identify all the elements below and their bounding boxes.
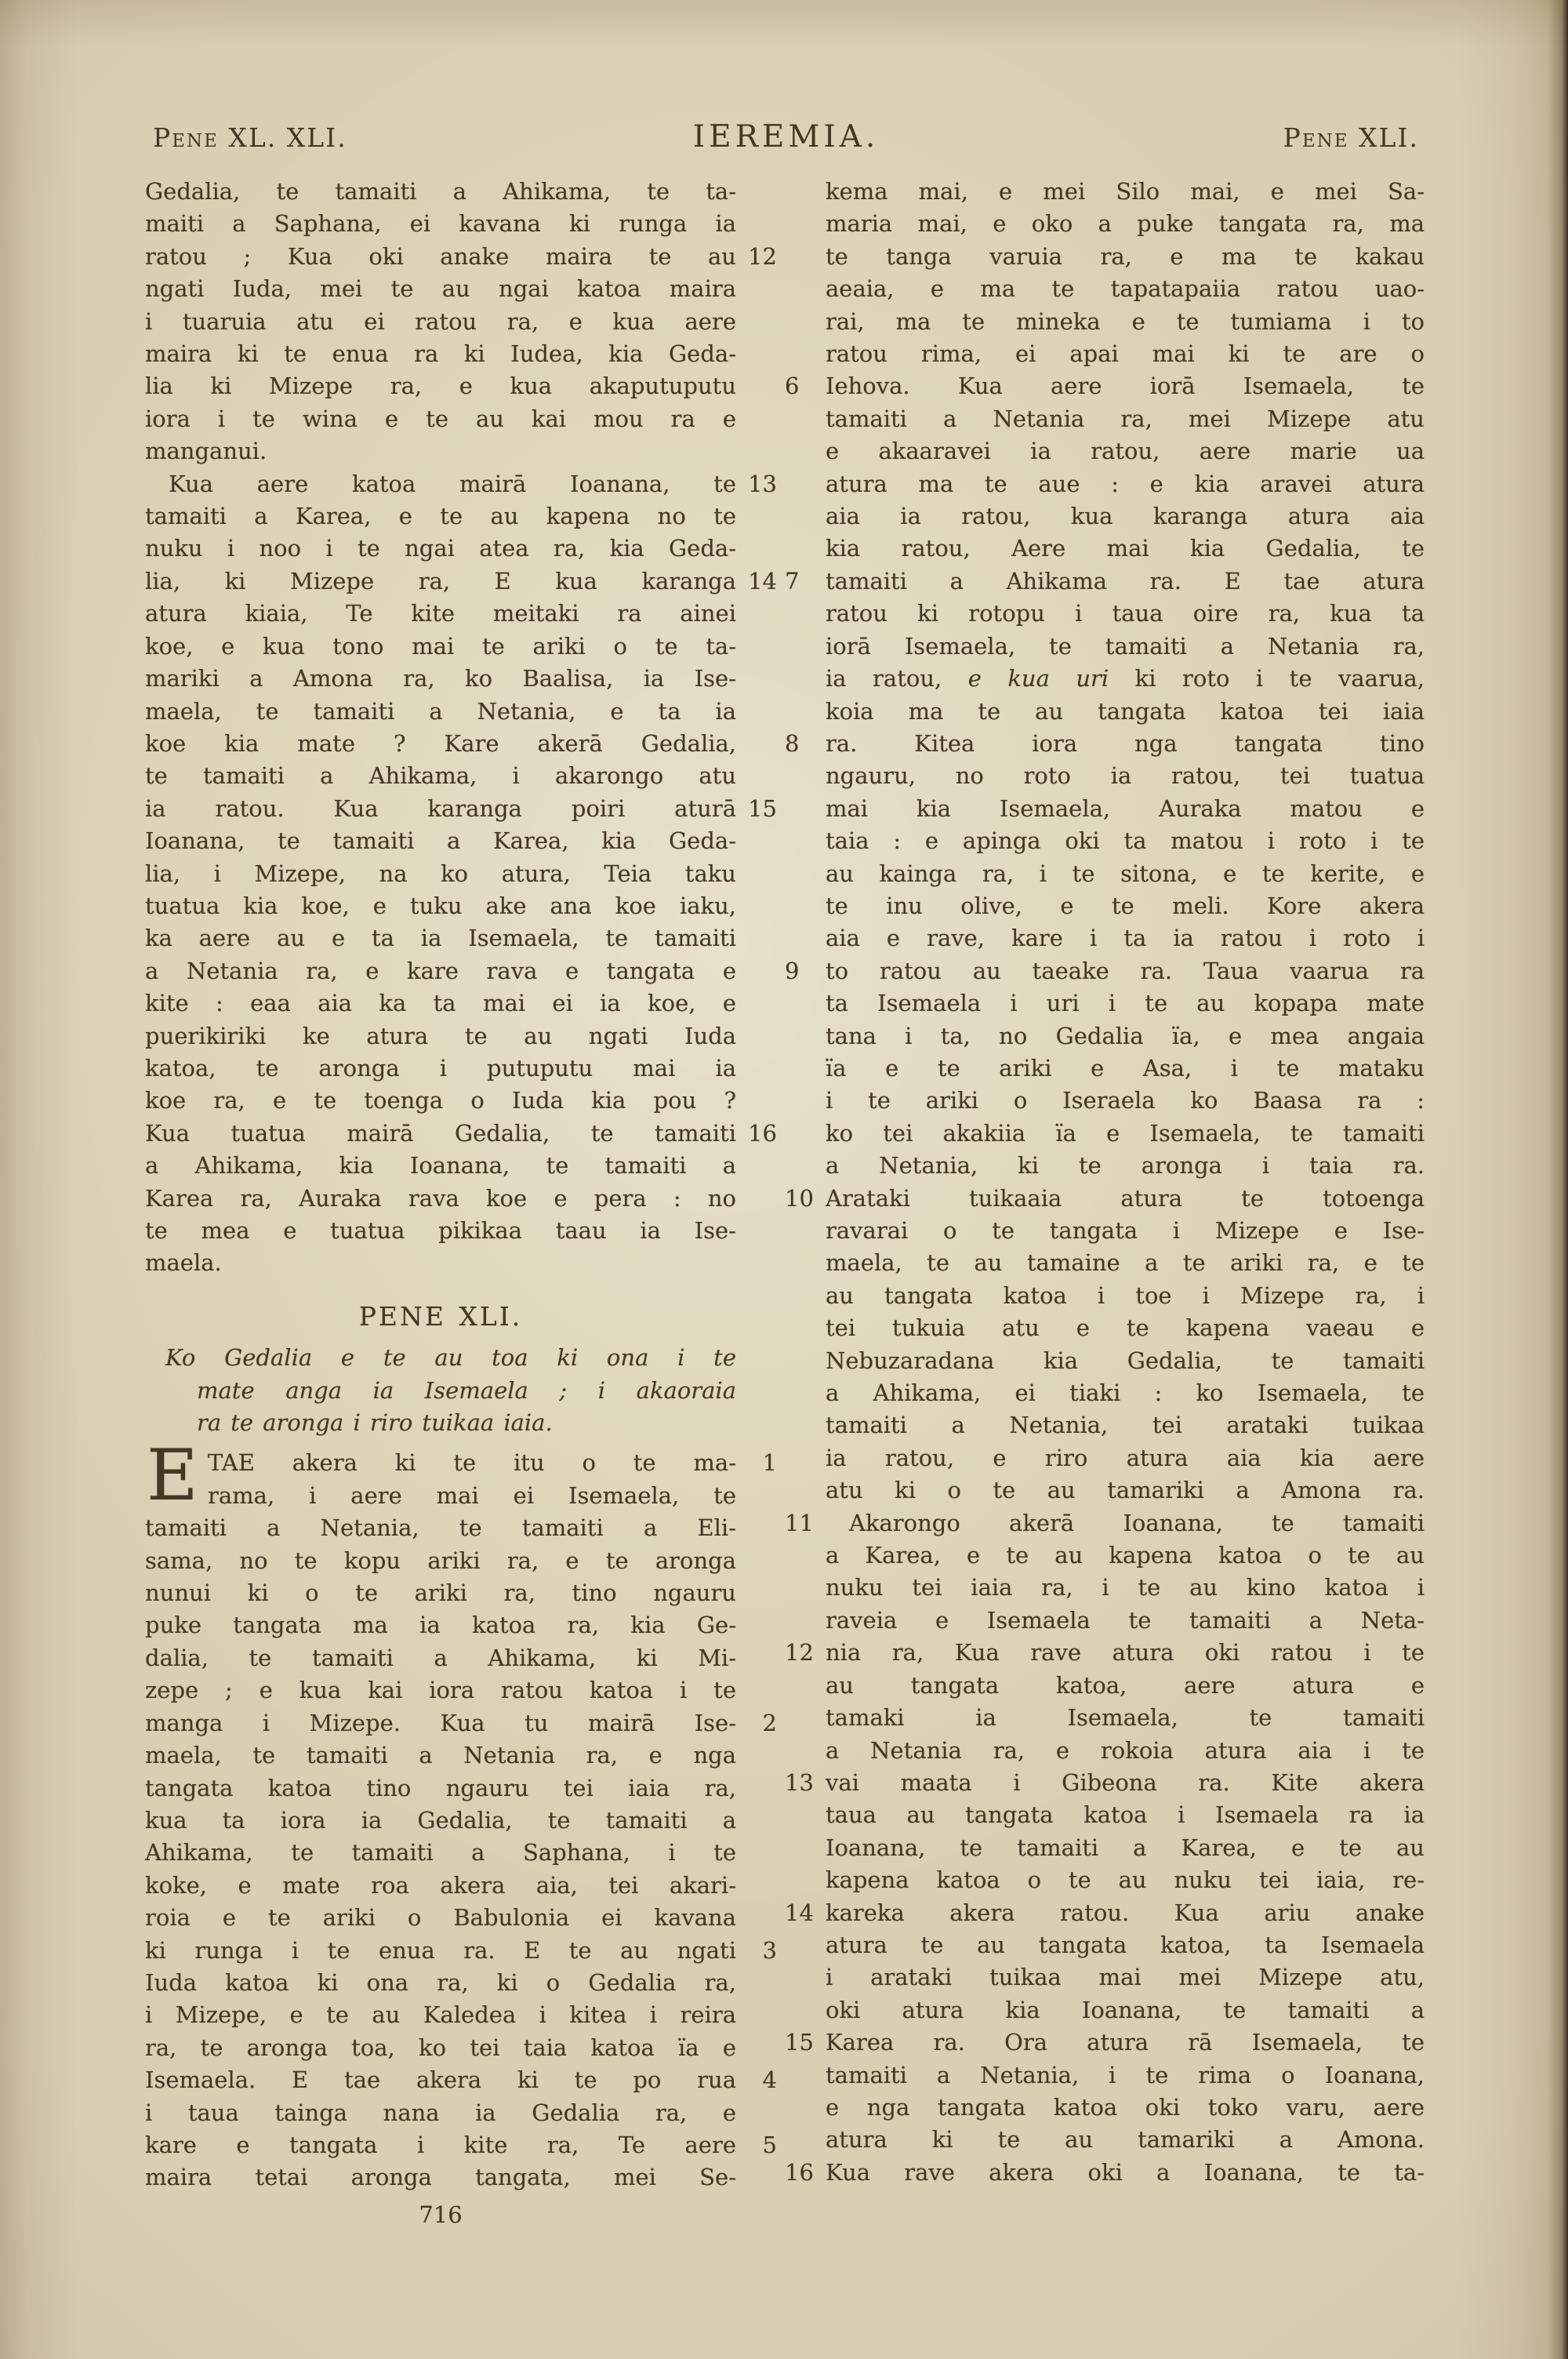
verse-number: 16	[785, 2157, 826, 2189]
verse-text: kia ratou, Aere mai kia Gedalia, te	[826, 533, 1425, 565]
text-line: ngati Iuda, mei te au ngai katoa maira	[145, 273, 777, 305]
verse-number: 16	[736, 1118, 777, 1150]
verse-text: ngati Iuda, mei te au ngai katoa maira	[145, 273, 736, 305]
verse-text: ïa e te ariki e Asa, i te mataku	[826, 1052, 1425, 1085]
text-line: e akaaravei ia ratou, aere marie ua	[785, 435, 1425, 467]
verse-text: puerikiriki ke atura te au ngati Iuda	[145, 1020, 736, 1052]
verse-number: 7	[785, 565, 826, 598]
text-line: tana i ta, no Gedalia ïa, e mea angaia	[785, 1020, 1425, 1052]
text-line: te inu olive, e te meli. Kore akera	[785, 890, 1425, 922]
verse-number-spacer	[736, 1805, 777, 1837]
verse-text: ratou ki rotopu i taua oire ra, kua ta	[826, 598, 1425, 630]
verse-number-spacer	[785, 338, 826, 370]
verse-text: tamaiti a Netania ra, mei Mizepe atu	[826, 403, 1425, 435]
verse-text: lia, i Mizepe, na ko atura, Teia taku	[145, 858, 736, 890]
verse-text: ravarai o te tangata i Mizepe e Ise-	[826, 1215, 1425, 1247]
chapter-summary-row: Ko Gedalia e te au toa ki ona i te	[145, 1342, 777, 1374]
verse-number-spacer	[736, 1642, 777, 1674]
text-line: atura ki te au tamariki a Amona.	[785, 2124, 1425, 2156]
verse-text: iora i te wina e te au kai mou ra e	[145, 403, 736, 435]
verse-number: 12	[785, 1637, 826, 1669]
verse-number-spacer	[736, 273, 777, 305]
verse-text: Karea ra. Ora atura rā Isemaela, te	[826, 2026, 1425, 2059]
text-line: ki runga i te enua ra. E te au ngati3	[145, 1935, 777, 1967]
text-line: a Ahikama, ei tiaki : ko Isemaela, te	[785, 1377, 1425, 1409]
verse-text: maiti a Saphana, ei kavana ki runga ia	[145, 208, 736, 240]
text-line: Ioanana, te tamaiti a Karea, kia Geda-	[145, 825, 777, 857]
verse-number-spacer	[785, 1929, 826, 1961]
text-line: aeaia, e ma te tapatapaiia ratou uao-	[785, 273, 1425, 305]
text-line: 6Iehova. Kua aere iorā Isemaela, te	[785, 370, 1425, 402]
text-line: mariki a Amona ra, ko Baalisa, ia Ise-	[145, 663, 777, 695]
book-page: Pene XL. XLI. IEREMIA. Pene XLI. Gedalia…	[0, 0, 1568, 2359]
verse-text: nuku tei iaia ra, i te au kino katoa i	[826, 1572, 1425, 1604]
verse-text: te tamaiti a Ahikama, i akarongo atu	[145, 760, 736, 792]
verse-text: ia ratou, e riro atura aia kia aere	[826, 1442, 1425, 1474]
verse-text: a Karea, e te au kapena katoa o te au	[826, 1539, 1425, 1572]
text-line: atura te au tangata katoa, ta Isemaela	[785, 1929, 1425, 1961]
text-line: maria mai, e oko a puke tangata ra, ma	[785, 208, 1425, 240]
text-line: a Netania, ki te aronga i taia ra.	[785, 1150, 1425, 1182]
verse-number: 10	[785, 1183, 826, 1215]
text-line: 16Kua rave akera oki a Ioanana, te ta-	[785, 2157, 1425, 2189]
verse-number-spacer	[785, 176, 826, 208]
verse-text: e akaaravei ia ratou, aere marie ua	[826, 435, 1425, 467]
verse-number-spacer	[736, 631, 777, 663]
verse-number-spacer	[736, 1215, 777, 1247]
text-line: 7tamaiti a Ahikama ra. E tae atura	[785, 565, 1425, 598]
verse-number: 4	[736, 2064, 777, 2096]
verse-text: taua au tangata katoa i Isemaela ra ia	[826, 1799, 1425, 1831]
verse-number-spacer	[785, 435, 826, 467]
verse-text: Ioanana, te tamaiti a Karea, e te au	[826, 1832, 1425, 1864]
text-line: nuku i noo i te ngai atea ra, kia Geda-	[145, 533, 777, 565]
verse-text: sama, no te kopu ariki ra, e te aronga	[145, 1545, 736, 1577]
verse-text: i te ariki o Iseraela ko Baasa ra :	[826, 1085, 1425, 1117]
verse-number-spacer	[736, 2032, 777, 2064]
verse-number-spacer	[785, 1994, 826, 2026]
verse-text: maela, te tamaiti a Netania, e ta ia	[145, 696, 736, 728]
text-line: nunui ki o te ariki ra, tino ngauru	[145, 1577, 777, 1609]
text-line: atura ma te aue : e kia aravei atura	[785, 468, 1425, 500]
verse-text: tamaiti a Netania, i te rima o Ioanana,	[826, 2059, 1425, 2092]
verse-text: lia, ki Mizepe ra, E kua karanga	[145, 565, 736, 598]
verse-number-spacer	[785, 760, 826, 792]
verse-number-spacer	[736, 760, 777, 792]
text-line: ka aere au e ta ia Isemaela, te tamaiti	[145, 922, 777, 954]
text-line: dalia, te tamaiti a Ahikama, ki Mi-	[145, 1642, 777, 1674]
chapter-summary-line: Ko Gedalia e te au toa ki ona i te	[145, 1342, 736, 1374]
text-line: raveia e Isemaela te tamaiti a Neta-	[785, 1605, 1425, 1637]
text-line: 11Akarongo akerā Ioanana, te tamaiti	[785, 1507, 1425, 1539]
verse-number-spacer	[736, 955, 777, 987]
text-line: 15Karea ra. Ora atura rā Isemaela, te	[785, 2026, 1425, 2059]
verse-text: koe ra, e te toenga o Iuda kia pou ?	[145, 1085, 736, 1117]
verse-text: a Ahikama, ei tiaki : ko Isemaela, te	[826, 1377, 1425, 1409]
verse-number-spacer	[785, 1864, 826, 1896]
verse-text: tuatua kia koe, e tuku ake ana koe iaku,	[145, 890, 736, 922]
text-line: lia, ki Mizepe ra, E kua karanga14	[145, 565, 777, 598]
verse-number-spacer	[785, 1150, 826, 1182]
verse-number-spacer	[785, 2124, 826, 2156]
verse-text: maela, te au tamaine a te ariki ra, e te	[826, 1247, 1425, 1279]
verse-text: tamaiti a Ahikama ra. E tae atura	[826, 565, 1425, 598]
text-line: Ioanana, te tamaiti a Karea, e te au	[785, 1832, 1425, 1864]
verse-text: iorā Isemaela, te tamaiti a Netania ra,	[826, 631, 1425, 663]
verse-text: a Netania, ki te aronga i taia ra.	[826, 1150, 1425, 1182]
verse-number-spacer	[736, 1999, 777, 2031]
verse-number-spacer	[736, 1300, 777, 1332]
verse-text: i taua tainga nana ia Gedalia ra, e	[145, 2097, 736, 2129]
text-line: tamaki ia Isemaela, te tamaiti	[785, 1702, 1425, 1734]
verse-number-spacer	[736, 1247, 777, 1279]
text-line: ko tei akakiia ïa e Isemaela, te tamaiti	[785, 1118, 1425, 1150]
verse-number-spacer	[736, 533, 777, 565]
verse-text: aia e rave, kare i ta ia ratou i roto i	[826, 922, 1425, 954]
text-line: koia ma te au tangata katoa tei iaia	[785, 696, 1425, 728]
verse-number-spacer	[736, 1512, 777, 1544]
verse-text: a Ahikama, kia Ioanana, te tamaiti a	[145, 1150, 736, 1182]
verse-number: 15	[785, 2026, 826, 2059]
verse-text: koia ma te au tangata katoa tei iaia	[826, 696, 1425, 728]
text-line: te mea e tuatua pikikaa taau ia Ise-	[145, 1215, 777, 1247]
verse-number: 15	[736, 793, 777, 825]
text-line: puke tangata ma ia katoa ra, kia Ge-	[145, 1609, 777, 1641]
verse-number-spacer	[736, 825, 777, 857]
text-line: puerikiriki ke atura te au ngati Iuda	[145, 1020, 777, 1052]
verse-text: kare e tangata i kite ra, Te aere	[145, 2129, 736, 2161]
verse-number-spacer	[785, 1312, 826, 1344]
text-line: kite : eaa aia ka ta mai ei ia koe, e	[145, 987, 777, 1020]
verse-number-spacer	[785, 1442, 826, 1474]
verse-number-spacer	[736, 1407, 777, 1439]
text-line: Karea ra, Auraka rava koe e pera : no	[145, 1183, 777, 1215]
text-line: ratou ; Kua oki anake maira te au12	[145, 241, 777, 273]
text-line: ia ratou, e riro atura aia kia aere	[785, 1442, 1425, 1474]
text-line: lia, i Mizepe, na ko atura, Teia taku	[145, 858, 777, 890]
text-line: nuku tei iaia ra, i te au kino katoa i	[785, 1572, 1425, 1604]
verse-number-spacer	[785, 825, 826, 857]
left-column: Gedalia, te tamaiti a Ahikama, te ta-mai…	[145, 176, 777, 2231]
verse-number: 14	[736, 565, 777, 598]
verse-number-spacer	[736, 2097, 777, 2129]
verse-number-spacer	[785, 1539, 826, 1572]
text-line: aia ia ratou, kua karanga atura aia	[785, 500, 1425, 533]
verse-text: ko tei akakiia ïa e Isemaela, te tamaiti	[826, 1118, 1425, 1150]
verse-number-spacer	[736, 1085, 777, 1117]
text-line: kema mai, e mei Silo mai, e mei Sa-	[785, 176, 1425, 208]
verse-text: ta Isemaela i uri i te au kopapa mate	[826, 987, 1425, 1020]
verse-text: tamaiti a Karea, e te au kapena no te	[145, 500, 736, 533]
verse-text: raveia e Isemaela te tamaiti a Neta-	[826, 1605, 1425, 1637]
text-line: ra, te aronga toa, ko tei taia katoa ïa …	[145, 2032, 777, 2064]
text-line: au kainga ra, i te sitona, e te kerite, …	[785, 858, 1425, 890]
verse-text: kapena katoa o te au nuku tei iaia, re-	[826, 1864, 1425, 1896]
verse-text: maira ki te enua ra ki Iudea, kia Geda-	[145, 338, 736, 370]
verse-number-spacer	[736, 2194, 777, 2231]
verse-number: 1	[736, 1447, 777, 1479]
verse-text: a Netania ra, e kare rava e tangata e	[145, 955, 736, 987]
text-line: i arataki tuikaa mai mei Mizepe atu,	[785, 1961, 1425, 1994]
verse-text: Kua aere katoa mairā Ioanana, te	[145, 468, 736, 500]
verse-number-spacer	[736, 922, 777, 954]
verse-number-spacer	[736, 1577, 777, 1609]
verse-text: koe, e kua tono mai te ariki o te ta-	[145, 631, 736, 663]
verse-text: manga i Mizepe. Kua tu mairā Ise-	[145, 1707, 736, 1739]
verse-text: a Netania ra, e rokoia atura aia i te	[826, 1735, 1425, 1767]
text-line: a Netania ra, e rokoia atura aia i te	[785, 1735, 1425, 1767]
verse-number-spacer	[785, 1572, 826, 1604]
verse-text: tamaiti a Netania, tei arataki tuikaa	[826, 1409, 1425, 1441]
chapter-heading-row: PENE XLI.	[145, 1300, 777, 1332]
verse-text: aia ia ratou, kua karanga atura aia	[826, 500, 1425, 533]
verse-number-spacer	[785, 1735, 826, 1767]
verse-number: 9	[785, 955, 826, 987]
running-header-right: Pene XLI.	[997, 122, 1419, 153]
text-line: a Karea, e te au kapena katoa o te au	[785, 1539, 1425, 1572]
verse-number-spacer	[736, 1674, 777, 1707]
text-line: koe kia mate ? Kare akerā Gedalia,	[145, 728, 777, 760]
text-line: a Netania ra, e kare rava e tangata e	[145, 955, 777, 987]
verse-text: i tuaruia atu ei ratou ra, e kua aere	[145, 306, 736, 338]
verse-number-spacer	[785, 1345, 826, 1377]
verse-number-spacer	[736, 435, 777, 467]
verse-text: TAE akera ki te itu o te ma-	[145, 1447, 736, 1479]
verse-number: 5	[736, 2129, 777, 2161]
verse-text: maria mai, e oko a puke tangata ra, ma	[826, 208, 1425, 240]
text-line: maira ki te enua ra ki Iudea, kia Geda-	[145, 338, 777, 370]
verse-number: 3	[736, 1935, 777, 1967]
verse-number-spacer	[785, 1799, 826, 1831]
verse-text: te mea e tuatua pikikaa taau ia Ise-	[145, 1215, 736, 1247]
verse-number: 13	[785, 1767, 826, 1799]
verse-number-spacer	[785, 1474, 826, 1507]
verse-number-spacer	[736, 1342, 777, 1374]
verse-text: puke tangata ma ia katoa ra, kia Ge-	[145, 1609, 736, 1641]
verse-text: au tangata katoa, aere atura e	[826, 1670, 1425, 1702]
verse-number-spacer	[736, 987, 777, 1020]
verse-number: 11	[785, 1507, 826, 1539]
verse-text: Karea ra, Auraka rava koe e pera : no	[145, 1183, 736, 1215]
verse-number: 8	[785, 728, 826, 760]
text-line: Iuda katoa ki ona ra, ki o Gedalia ra,	[145, 1967, 777, 1999]
verse-number-spacer	[785, 663, 826, 695]
text-line: tamaiti a Netania, tei arataki tuikaa	[785, 1409, 1425, 1441]
verse-number-spacer	[785, 793, 826, 825]
text-line: ia ratou, e kua uri ki roto i te vaarua,	[785, 663, 1425, 695]
text-line: a Ahikama, kia Ioanana, te tamaiti a	[145, 1150, 777, 1182]
verse-text: nunui ki o te ariki ra, tino ngauru	[145, 1577, 736, 1609]
text-line: te tamaiti a Ahikama, i akarongo atu	[145, 760, 777, 792]
text-line: e nga tangata katoa oki toko varu, aere	[785, 2092, 1425, 2124]
verse-text: taia : e apinga oki ta matou i roto i te	[826, 825, 1425, 857]
text-line: Nebuzaradana kia Gedalia, te tamaiti	[785, 1345, 1425, 1377]
text-line: 14kareka akera ratou. Kua ariu anake	[785, 1897, 1425, 1929]
text-line: tei tukuia atu e te kapena vaeau e	[785, 1312, 1425, 1344]
text-line: iorā Isemaela, te tamaiti a Netania ra,	[785, 631, 1425, 663]
text-line: kua ta iora ia Gedalia, te tamaiti a	[145, 1805, 777, 1837]
verse-text: katoa, te aronga i putuputu mai ia	[145, 1052, 736, 1085]
verse-number: 6	[785, 370, 826, 402]
text-line: ia ratou. Kua karanga poiri aturā15	[145, 793, 777, 825]
verse-text: koke, e mate roa akera aia, tei akari-	[145, 1870, 736, 1902]
verse-number-spacer	[785, 890, 826, 922]
verse-number-spacer	[785, 1377, 826, 1409]
text-line: maela.	[145, 1247, 777, 1279]
text-line: ratou ki rotopu i taua oire ra, kua ta	[785, 598, 1425, 630]
text-line: oki atura kia Ioanana, te tamaiti a	[785, 1994, 1425, 2026]
text-line: Kua tuatua mairā Gedalia, te tamaiti16	[145, 1118, 777, 1150]
verse-text: nia ra, Kua rave atura oki ratou i te	[826, 1637, 1425, 1669]
verse-number-spacer	[736, 338, 777, 370]
verse-number-spacer	[785, 1961, 826, 1994]
verse-text: kite : eaa aia ka ta mai ei ia koe, e	[145, 987, 736, 1020]
text-line: tuatua kia koe, e tuku ake ana koe iaku,	[145, 890, 777, 922]
verse-text: kareka akera ratou. Kua ariu anake	[826, 1897, 1425, 1929]
verse-number-spacer	[736, 306, 777, 338]
verse-text: Iehova. Kua aere iorā Isemaela, te	[826, 370, 1425, 402]
verse-number-spacer	[785, 1085, 826, 1117]
text-line: tangata katoa tino ngauru tei iaia ra,	[145, 1772, 777, 1805]
verse-number-spacer	[785, 631, 826, 663]
verse-number-spacer	[736, 1609, 777, 1641]
text-line: koe, e kua tono mai te ariki o te ta-	[145, 631, 777, 663]
verse-text: koe kia mate ? Kare akerā Gedalia,	[145, 728, 736, 760]
page-number-row: 716	[145, 2194, 777, 2231]
text-line: au tangata katoa, aere atura e	[785, 1670, 1425, 1702]
verse-text: rai, ma te mineka e te tumiama i to	[826, 306, 1425, 338]
verse-text: Gedalia, te tamaiti a Ahikama, te ta-	[145, 176, 736, 208]
verse-number-spacer	[736, 1052, 777, 1085]
text-line: manga i Mizepe. Kua tu mairā Ise-2	[145, 1707, 777, 1739]
verse-text: ia ratou. Kua karanga poiri aturā	[145, 793, 736, 825]
verse-number-spacer	[736, 1739, 777, 1772]
verse-number-spacer	[785, 1215, 826, 1247]
chapter-summary-line: mate anga ia Isemaela ; i akaoraia	[145, 1375, 736, 1407]
text-line: maira tetai aronga tangata, mei Se-	[145, 2161, 777, 2194]
text-line: katoa, te aronga i putuputu mai ia	[145, 1052, 777, 1085]
verse-number-spacer	[736, 208, 777, 240]
text-line: tamaiti a Netania, te tamaiti a Eli-	[145, 1512, 777, 1544]
text-line: i taua tainga nana ia Gedalia ra, e	[145, 2097, 777, 2129]
verse-number-spacer	[785, 1409, 826, 1441]
verse-number-spacer	[785, 1052, 826, 1085]
verse-text: tangata katoa tino ngauru tei iaia ra,	[145, 1772, 736, 1805]
verse-number: 2	[736, 1707, 777, 1739]
verse-text: Kua tuatua mairā Gedalia, te tamaiti	[145, 1118, 736, 1150]
verse-text: rama, i aere mai ei Isemaela, te	[145, 1480, 736, 1512]
text-line: 10Arataki tuikaaia atura te totoenga	[785, 1183, 1425, 1215]
text-line: maela, te au tamaine a te ariki ra, e te	[785, 1247, 1425, 1279]
verse-text: i Mizepe, e te au Kaledea i kitea i reir…	[145, 1999, 736, 2031]
verse-text: tamaiti a Netania, te tamaiti a Eli-	[145, 1512, 736, 1544]
verse-number-spacer	[785, 1280, 826, 1312]
verse-number-spacer	[785, 1670, 826, 1702]
verse-number-spacer	[736, 598, 777, 630]
verse-text: zepe ; e kua kai iora ratou katoa i te	[145, 1674, 736, 1707]
verse-number-spacer	[785, 1702, 826, 1734]
text-line: i Mizepe, e te au Kaledea i kitea i reir…	[145, 1999, 777, 2031]
verse-number: 14	[785, 1897, 826, 1929]
text-line: 8ra. Kitea iora nga tangata tino	[785, 728, 1425, 760]
verse-text: Isemaela. E tae akera ki te po rua	[145, 2064, 736, 2096]
text-line: tamaiti a Karea, e te au kapena no te	[145, 500, 777, 533]
verse-text: mai kia Isemaela, Auraka matou e	[826, 793, 1425, 825]
text-line: ratou rima, ei apai mai ki te are o	[785, 338, 1425, 370]
verse-number: 12	[736, 241, 777, 273]
verse-text: ki runga i te enua ra. E te au ngati	[145, 1935, 736, 1967]
verse-number-spacer	[785, 1118, 826, 1150]
verse-number-spacer	[736, 1902, 777, 1934]
text-line: ETAE akera ki te itu o te ma-1	[145, 1447, 777, 1479]
verse-number-spacer	[736, 500, 777, 533]
text-line: iora i te wina e te au kai mou ra e	[145, 403, 777, 435]
text-line: Ahikama, te tamaiti a Saphana, i te	[145, 1837, 777, 1869]
text-line: kare e tangata i kite ra, Te aere5	[145, 2129, 777, 2161]
text-line: mai kia Isemaela, Auraka matou e	[785, 793, 1425, 825]
verse-number-spacer	[736, 728, 777, 760]
chapter-summary-row: ra te aronga i riro tuikaa iaia.	[145, 1407, 777, 1439]
verse-text: vai maata i Gibeona ra. Kite akera	[826, 1767, 1425, 1799]
verse-number-spacer	[736, 696, 777, 728]
verse-number-spacer	[736, 663, 777, 695]
text-line: i te ariki o Iseraela ko Baasa ra :	[785, 1085, 1425, 1117]
verse-text: Ioanana, te tamaiti a Karea, kia Geda-	[145, 825, 736, 857]
verse-text: e nga tangata katoa oki toko varu, aere	[826, 2092, 1425, 2124]
verse-number-spacer	[785, 1605, 826, 1637]
verse-number: 13	[736, 468, 777, 500]
verse-number-spacer	[785, 987, 826, 1020]
verse-number-spacer	[785, 858, 826, 890]
verse-text: ra, te aronga toa, ko tei taia katoa ïa …	[145, 2032, 736, 2064]
verse-text: oki atura kia Ioanana, te tamaiti a	[826, 1994, 1425, 2026]
verse-number-spacer	[736, 2161, 777, 2194]
verse-text: te tanga varuia ra, e ma te kakau	[826, 241, 1425, 273]
verse-number-spacer	[785, 1832, 826, 1864]
right-column: kema mai, e mei Silo mai, e mei Sa-maria…	[785, 176, 1425, 2231]
verse-text: to ratou au taeake ra. Taua vaarua ra	[826, 955, 1425, 987]
verse-number-spacer	[785, 500, 826, 533]
verse-number-spacer	[736, 1375, 777, 1407]
text-line: maela, te tamaiti a Netania, e ta ia	[145, 696, 777, 728]
verse-number-spacer	[736, 1870, 777, 1902]
verse-text: ra. Kitea iora nga tangata tino	[826, 728, 1425, 760]
text-line: 12nia ra, Kua rave atura oki ratou i te	[785, 1637, 1425, 1669]
text-line: Kua aere katoa mairā Ioanana, te13	[145, 468, 777, 500]
verse-number-spacer	[736, 1545, 777, 1577]
verse-text: atura ki te au tamariki a Amona.	[826, 2124, 1425, 2156]
text-line: Gedalia, te tamaiti a Ahikama, te ta-	[145, 176, 777, 208]
chapter-summary-row: mate anga ia Isemaela ; i akaoraia	[145, 1375, 777, 1407]
verse-number-spacer	[785, 922, 826, 954]
verse-number-spacer	[785, 696, 826, 728]
verse-text: aeaia, e ma te tapatapaiia ratou uao-	[826, 273, 1425, 305]
verse-text: te inu olive, e te meli. Kore akera	[826, 890, 1425, 922]
verse-number-spacer	[736, 858, 777, 890]
verse-text: atura ma te aue : e kia aravei atura	[826, 468, 1425, 500]
two-column-text: Gedalia, te tamaiti a Ahikama, te ta-mai…	[145, 176, 1425, 2231]
text-line: ngauru, no roto ia ratou, tei tuatua	[785, 760, 1425, 792]
verse-text: ratou ; Kua oki anake maira te au	[145, 241, 736, 273]
verse-text: kua ta iora ia Gedalia, te tamaiti a	[145, 1805, 736, 1837]
text-line: ïa e te ariki e Asa, i te mataku	[785, 1052, 1425, 1085]
verse-number-spacer	[785, 208, 826, 240]
verse-text: manganui.	[145, 435, 736, 467]
verse-number-spacer	[736, 890, 777, 922]
verse-text: au kainga ra, i te sitona, e te kerite, …	[826, 858, 1425, 890]
book-title: IEREMIA.	[575, 119, 996, 154]
verse-number-spacer	[785, 1247, 826, 1279]
